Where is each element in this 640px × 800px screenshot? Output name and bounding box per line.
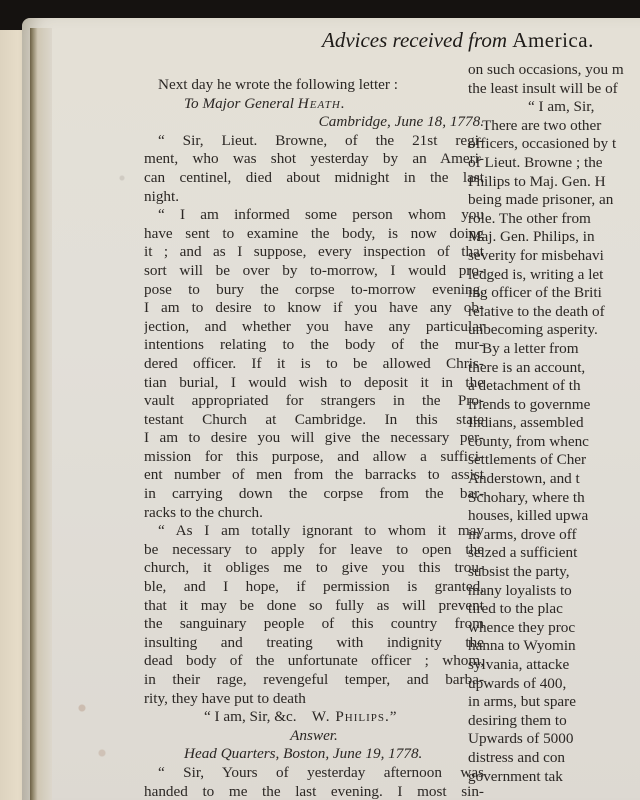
text-line: handed to me the last evening. I most si… [144, 783, 484, 800]
right-column: on such occasions, you m the least insul… [468, 61, 640, 786]
text-line: have sent to examine the body, is now do… [144, 225, 484, 244]
text-line: ent number of men from the barracks to a… [144, 466, 484, 485]
text-line: seized a sufficient [468, 544, 640, 563]
text-line: ing officer of the Briti [468, 284, 640, 303]
text-line: government tak [468, 768, 640, 787]
text-line: insulting and treating with indignity th… [144, 634, 484, 653]
text-line: I am to desire to know if you have any o… [144, 299, 484, 318]
text-line: Indians, assembled [468, 414, 640, 433]
closing-line: “ I am, Sir, &c. W. Philips.” [144, 708, 484, 727]
intro-line: Next day he wrote the following letter : [144, 76, 484, 95]
text-line: sort will be over by to-morrow, I would … [144, 262, 484, 281]
text-line: in arms, drove off [468, 526, 640, 545]
text-line: There are two other [468, 117, 640, 136]
running-head-italic: Advices received from [322, 28, 507, 52]
text-line: can centinel, died about midnight in the… [144, 169, 484, 188]
text-line: Philips to Maj. Gen. H [468, 173, 640, 192]
text-line: I am to desire you will give the necessa… [144, 429, 484, 448]
text-line: ledged is, writing a let [468, 266, 640, 285]
text-line: on such occasions, you m [468, 61, 640, 80]
text-line: upwards of 400, [468, 675, 640, 694]
text-line: “ Sir, Yours of yesterday afternoon was [144, 764, 484, 783]
text-line: unbecoming asperity. [468, 321, 640, 340]
text-line: jection, and whether you have any partic… [144, 318, 484, 337]
text-line: that it may be done so fully as will pre… [144, 597, 484, 616]
left-column: Next day he wrote the following letter :… [144, 76, 484, 800]
text-line: church, it obliges me to give you this t… [144, 559, 484, 578]
text-line: being made prisoner, an [468, 191, 640, 210]
text-line: there is an account, [468, 359, 640, 378]
text-line: in carrying down the corpse from the bar… [144, 485, 484, 504]
text-line: houses, killed upwa [468, 507, 640, 526]
text-line: tired to the plac [468, 600, 640, 619]
text-line: dead body of the unfortunate officer ; w… [144, 652, 484, 671]
text-line: mission for this purpose, and allow a su… [144, 448, 484, 467]
text-line: tian burial, I would wish to deposit it … [144, 374, 484, 393]
text-line: By a letter from [468, 340, 640, 359]
text-line: be necessary to apply for leave to open … [144, 541, 484, 560]
text-line: subsist the party, [468, 563, 640, 582]
text-line: “ I am, Sir, [468, 98, 640, 117]
text-line: the least insult will be of [468, 80, 640, 99]
text-line: “ Sir, Lieut. Browne, of the 21st regi- [144, 132, 484, 151]
text-line: testant Church at Cambridge. In this sta… [144, 411, 484, 430]
text-line: night. [144, 188, 484, 207]
text-line: the sanguinary people of this country fr… [144, 615, 484, 634]
text-line: in their rage, revengeful temper, and ba… [144, 671, 484, 690]
addressee-prefix: To Major General [184, 95, 294, 112]
newspaper-page: Advices received from America. Next day … [22, 18, 640, 800]
text-line: many loyalists to [468, 582, 640, 601]
text-line: Schohary, where th [468, 489, 640, 508]
addressee-name: Heath. [298, 95, 346, 112]
text-line: rity, they have put to death [144, 690, 484, 709]
running-head-roman: America. [512, 28, 594, 52]
text-line: Anderstown, and t [468, 470, 640, 489]
answer-heading: Answer. [144, 727, 484, 746]
text-line: intentions relating to the body of the m… [144, 336, 484, 355]
text-line: vault appropriated for strangers in the … [144, 392, 484, 411]
text-line: desiring them to [468, 712, 640, 731]
running-head: Advices received from America. [322, 28, 640, 53]
text-line: racks to the church. [144, 504, 484, 523]
text-line: Upwards of 5000 [468, 730, 640, 749]
text-line: role. The other from [468, 210, 640, 229]
text-line: in arms, but spare [468, 693, 640, 712]
text-line: ble, and I hope, if permission is grante… [144, 578, 484, 597]
text-line: pose to bury the corpse to-morrow evenin… [144, 281, 484, 300]
text-line: whence they proc [468, 619, 640, 638]
text-line: a detachment of th [468, 377, 640, 396]
text-line: officers, occasioned by t [468, 135, 640, 154]
binding-fold [30, 28, 52, 800]
text-line: “ I am informed some person whom you [144, 206, 484, 225]
text-line: settlements of Cher [468, 451, 640, 470]
addressee: To Major General Heath. [144, 95, 484, 114]
text-line: “ As I am totally ignorant to whom it ma… [144, 522, 484, 541]
text-line: distress and con [468, 749, 640, 768]
text-line: county, from whenc [468, 433, 640, 452]
text-line: friends to governme [468, 396, 640, 415]
signature: W. Philips.” [312, 708, 398, 725]
text-line: ment, who was shot yesterday by an Ameri… [144, 150, 484, 169]
text-line: dered officer. If it is to be allowed Ch… [144, 355, 484, 374]
text-line: it ; and as I suppose, every inspection … [144, 243, 484, 262]
text-line: of Lieut. Browne ; the [468, 154, 640, 173]
text-line: Maj. Gen. Philips, in [468, 228, 640, 247]
text-line: relative to the death of [468, 303, 640, 322]
text-line: severity for misbehavi [468, 247, 640, 266]
closing: “ I am, Sir, &c. [204, 708, 297, 725]
dateline: Cambridge, June 18, 1778. [144, 113, 484, 132]
answer-dateline: Head Quarters, Boston, June 19, 1778. [144, 745, 484, 764]
text-line: sylvania, attacke [468, 656, 640, 675]
text-line: hanna to Wyomin [468, 637, 640, 656]
